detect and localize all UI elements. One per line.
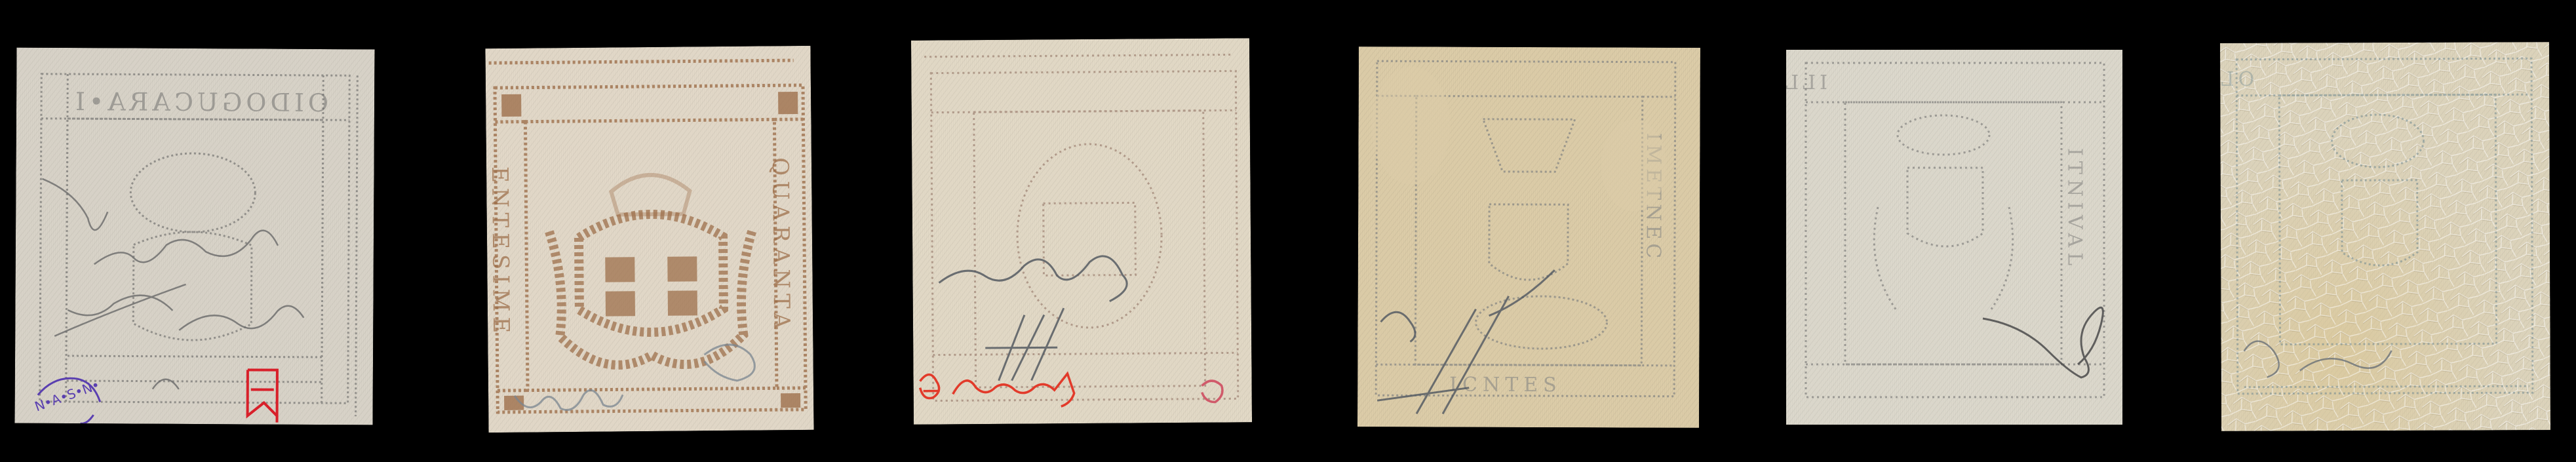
svg-text:OLLIDAVANIE: OLLIDAVANIE <box>2220 68 2254 92</box>
stamp-3-printing <box>911 38 1252 425</box>
stamp-1-printing: OIDOGUCARA•I N•A•S•N• <box>15 48 375 425</box>
stamp-6-printing: OLLIDAVANIE <box>2220 42 2550 431</box>
svg-text:ICNTES: ICNTES <box>1449 374 1562 397</box>
svg-text:ILLOCAVAIND: ILLOCAVAIND <box>1786 71 1827 94</box>
stamp-back-5: ILLOCAVAIND ITNIVAL <box>1786 50 2122 425</box>
svg-text:N•A•S•N•: N•A•S•N• <box>33 377 102 414</box>
red-expertizer-initials <box>248 370 277 422</box>
svg-text:ENTESIME: ENTESIME <box>486 166 514 339</box>
svg-text:QUARANTA: QUARANTA <box>767 157 794 334</box>
violet-expertizer-stamp: N•A•S•N• <box>33 376 102 423</box>
stamp-4-printing: IMETNEC ICNTES <box>1357 47 1700 428</box>
stamp-back-2: ENTESIME QUARANTA <box>485 46 813 433</box>
stamp-back-1: OIDOGUCARA•I N•A•S•N• <box>15 48 375 425</box>
stamp-2-printing: ENTESIME QUARANTA <box>485 46 813 433</box>
svg-text:OIDOGUCARA•I: OIDOGUCARA•I <box>71 87 328 117</box>
stamp-back-3 <box>911 38 1252 425</box>
stamp-back-6: OLLIDAVANIE <box>2220 42 2550 431</box>
red-expertizer-signature <box>920 373 1223 408</box>
svg-text:ITNIVAL: ITNIVAL <box>2063 148 2086 271</box>
stamp-back-4: IMETNEC ICNTES <box>1357 47 1700 428</box>
stamp-5-printing: ILLOCAVAIND ITNIVAL <box>1786 50 2122 425</box>
